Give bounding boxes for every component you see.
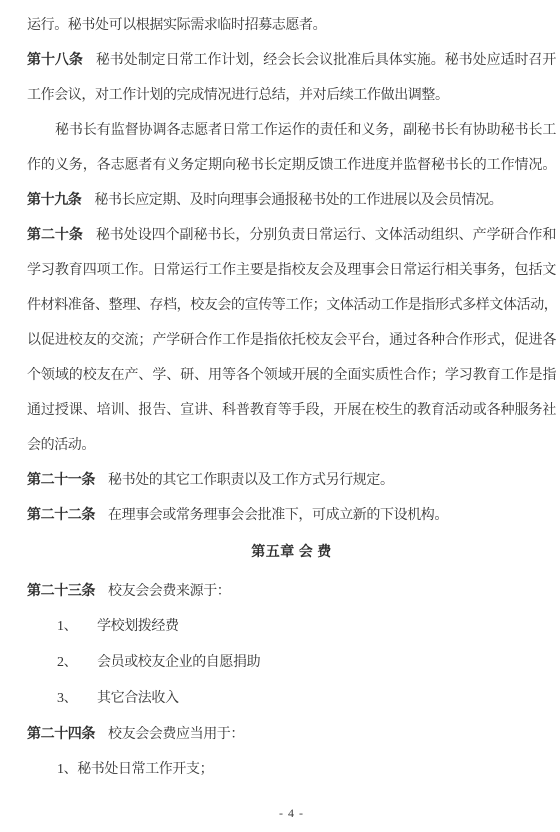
- article-18: 第十八条秘书处制定日常工作计划，经会长会议批准后具体实施。秘书处应适时召开: [27, 43, 556, 78]
- secretary-duty-paragraph-line-1: 秘书长有监督协调各志愿者日常工作运作的责任和义务，副秘书长有协助秘书长工: [27, 113, 556, 148]
- fee-source-item-1-number: 1、: [57, 609, 97, 645]
- fee-usage-item-1: 1、秘书处日常工作开支；: [27, 752, 556, 787]
- article-20-text-line-7: 会的活动。: [27, 428, 556, 463]
- article-18-text-line-1: 秘书处制定日常工作计划，经会长会议批准后具体实施。秘书处应适时召开: [96, 53, 556, 68]
- article-20-text-line-2: 学习教育四项工作。日常运行工作主要是指校友会及理事会日常运行相关事务，包括文: [27, 253, 556, 288]
- article-24-text: 校友会会费应当用于：: [108, 727, 244, 742]
- article-20-text-line-4: 以促进校友的交流；产学研合作工作是指依托校友会平台，通过各种合作形式，促进各: [27, 323, 556, 358]
- article-20-text-line-6: 通过授课、培训、报告、宣讲、科普教育等手段，开展在校生的教育活动或各种服务社: [27, 393, 556, 428]
- article-18-text-line-2: 工作会议，对工作计划的完成情况进行总结，并对后续工作做出调整。: [27, 78, 556, 113]
- article-19-label: 第十九条: [27, 193, 81, 208]
- article-23-text: 校友会会费来源于：: [108, 584, 230, 599]
- article-22-text: 在理事会或常务理事会会批准下，可成立新的下设机构。: [108, 508, 448, 523]
- article-20-text-line-1: 秘书处设四个副秘书长，分别负责日常运行、文体活动组织、产学研合作和: [96, 228, 556, 243]
- article-20-text-line-5: 个领域的校友在产、学、研、用等各个领域开展的全面实质性合作；学习教育工作是指: [27, 358, 556, 393]
- fee-source-item-2: 2、会员或校友企业的自愿捐助: [27, 645, 556, 681]
- page-number: - 4 -: [27, 806, 556, 820]
- article-20-label: 第二十条: [27, 228, 83, 243]
- secretary-duty-paragraph-line-2: 作的义务，各志愿者有义务定期向秘书长定期反馈工作进度并监督秘书长的工作情况。: [27, 148, 556, 183]
- article-21-text: 秘书处的其它工作职责以及工作方式另行规定。: [108, 473, 394, 488]
- article-23-label: 第二十三条: [27, 584, 95, 599]
- fee-source-item-3-number: 3、: [57, 681, 97, 717]
- fee-source-item-1-text: 学校划拨经费: [97, 619, 179, 634]
- article-20-text-line-3: 件材料准备、整理、存档，校友会的宣传等工作；文体活动工作是指形式多样文体活动，: [27, 288, 556, 323]
- article-19: 第十九条秘书长应定期、及时向理事会通报秘书处的工作进展以及会员情况。: [27, 183, 556, 218]
- article-22-label: 第二十二条: [27, 508, 95, 523]
- fee-source-item-2-number: 2、: [57, 645, 97, 681]
- article-22: 第二十二条在理事会或常务理事会会批准下，可成立新的下设机构。: [27, 498, 556, 533]
- fee-source-item-1: 1、学校划拨经费: [27, 609, 556, 645]
- article-19-text: 秘书长应定期、及时向理事会通报秘书处的工作进展以及会员情况。: [94, 193, 502, 208]
- article-18-label: 第十八条: [27, 53, 83, 68]
- document-page: 运行。秘书处可以根据实际需求临时招募志愿者。 第十八条秘书处制定日常工作计划，经…: [0, 0, 560, 832]
- fee-source-item-3-text: 其它合法收入: [97, 691, 179, 706]
- paragraph-continuation: 运行。秘书处可以根据实际需求临时招募志愿者。: [27, 8, 556, 43]
- article-23: 第二十三条校友会会费来源于：: [27, 574, 556, 609]
- fee-source-item-3: 3、其它合法收入: [27, 681, 556, 717]
- article-24-label: 第二十四条: [27, 727, 95, 742]
- article-24: 第二十四条校友会会费应当用于：: [27, 717, 556, 752]
- article-20: 第二十条秘书处设四个副秘书长，分别负责日常运行、文体活动组织、产学研合作和: [27, 218, 556, 253]
- chapter-5-heading: 第五章 会 费: [27, 535, 556, 570]
- fee-source-item-2-text: 会员或校友企业的自愿捐助: [97, 655, 260, 670]
- article-21: 第二十一条秘书处的其它工作职责以及工作方式另行规定。: [27, 463, 556, 498]
- article-21-label: 第二十一条: [27, 473, 95, 488]
